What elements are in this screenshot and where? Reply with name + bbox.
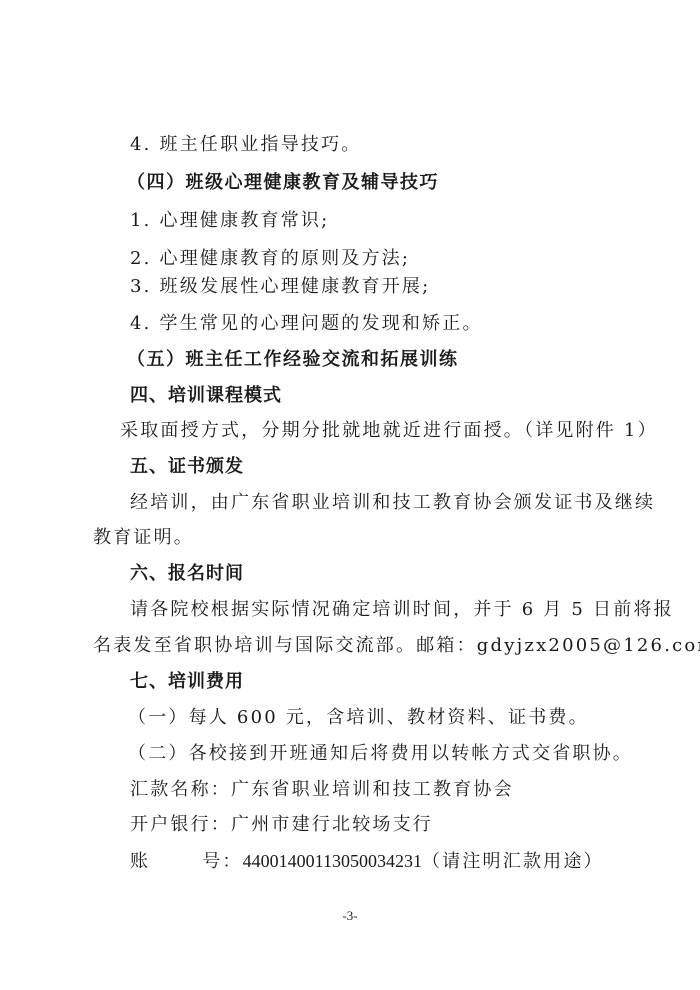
account-number: 44001400113050034231 bbox=[243, 851, 422, 871]
text-line: 教育证明。 bbox=[93, 527, 194, 549]
text-line: 4. 班主任职业指导技巧。 bbox=[130, 134, 362, 156]
text-line: 汇款名称：广东省职业培训和技工教育协会 bbox=[130, 779, 514, 801]
document-page: 4. 班主任职业指导技巧。（四）班级心理健康教育及辅导技巧1. 心理健康教育常识… bbox=[0, 0, 700, 990]
text-line: 采取面授方式，分期分批就地就近进行面授。（详见附件 1） bbox=[120, 420, 658, 442]
account-label-end: 号： bbox=[202, 851, 242, 872]
text-line: （一）每人 600 元，含培训、教材资料、证书费。 bbox=[128, 707, 589, 729]
text-line: 请各院校根据实际情况确定培训时间，并于 6 月 5 日前将报 bbox=[130, 599, 674, 621]
section-heading: 六、报名时间 bbox=[130, 563, 244, 585]
text-line: 2. 心理健康教育的原则及方法; bbox=[130, 248, 410, 270]
text-line: 4. 学生常见的心理问题的发现和矫正。 bbox=[130, 313, 483, 335]
text-line: （二）各校接到开班通知后将费用以转帐方式交省职协。 bbox=[128, 743, 633, 765]
text-line: 名表发至省职协培训与国际交流部。邮箱：gdyjzx2005@126.com bbox=[93, 635, 700, 657]
text-line: 开户银行：广州市建行北较场支行 bbox=[130, 814, 433, 836]
section-heading: 五、证书颁发 bbox=[130, 456, 244, 478]
account-number-line: 账号：44001400113050034231（请注明汇款用途） bbox=[130, 850, 604, 873]
page-number: -3- bbox=[0, 908, 700, 924]
account-note: （请注明汇款用途） bbox=[422, 851, 604, 872]
account-label-start: 账 bbox=[130, 851, 150, 872]
text-line: 经培训，由广东省职业培训和技工教育协会颁发证书及继续 bbox=[130, 492, 655, 514]
subsection-heading: （四）班级心理健康教育及辅导技巧 bbox=[127, 172, 439, 194]
section-heading: 七、培训费用 bbox=[130, 671, 244, 693]
subsection-heading: （五）班主任工作经验交流和拓展训练 bbox=[127, 349, 459, 371]
section-heading: 四、培训课程模式 bbox=[130, 385, 282, 407]
text-line: 1. 心理健康教育常识; bbox=[130, 210, 329, 232]
text-line: 3. 班级发展性心理健康教育开展; bbox=[130, 276, 430, 298]
